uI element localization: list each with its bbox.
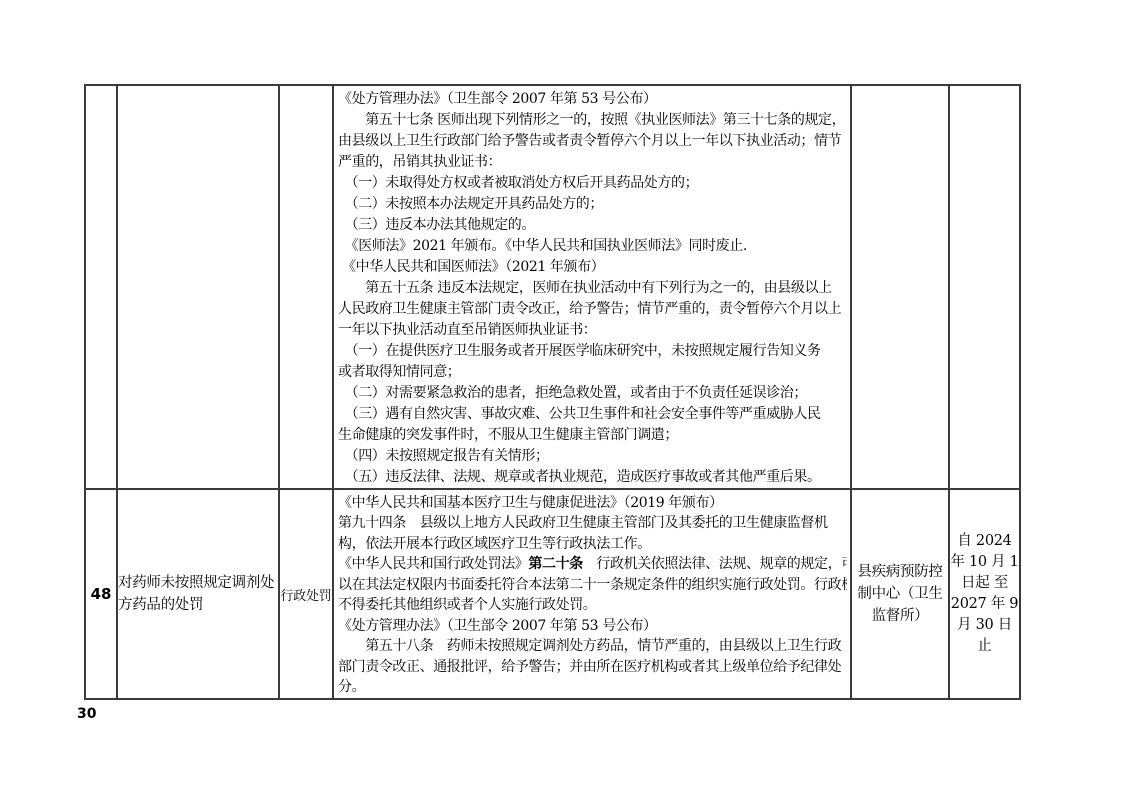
legal-text-line: 严重的，吊销其执业证书：	[338, 152, 847, 173]
cell-agency: 县疾病预防控制中心（卫生监督所）	[851, 489, 949, 699]
cell-legal-basis: 《处方管理办法》（卫生部令 2007 年第 53 号公布） 第五十七条 医师出现…	[333, 85, 851, 489]
legal-text-line: 《中华人民共和国基本医疗卫生与健康促进法》（2019 年颁布）	[338, 493, 847, 514]
cell-item-name: 对药师未按照规定调剂处方药品的处罚	[117, 489, 279, 699]
legal-text-line: 以在其法定权限内书面委托符合本法第二十一条规定条件的组织实施行政处罚。行政机关	[338, 575, 847, 596]
legal-text-line: 不得委托其他组织或者个人实施行政处罚。	[338, 595, 847, 616]
legal-text-line: 人民政府卫生健康主管部门责令改正，给予警告；情节严重的，责令暂停六个月以上	[338, 299, 847, 320]
cell-period	[949, 85, 1020, 489]
legal-text-line: 生命健康的突发事件时，不服从卫生健康主管部门调遣；	[338, 425, 847, 446]
legal-text-line: 《中华人民共和国行政处罚法》第二十条 行政机关依照法律、法规、规章的规定，可	[338, 554, 847, 575]
legal-text-line: 《医师法》2021 年颁布。《中华人民共和国执业医师法》同时废止.	[338, 236, 847, 257]
table-row-continuation: 《处方管理办法》（卫生部令 2007 年第 53 号公布） 第五十七条 医师出现…	[85, 85, 1020, 489]
cell-legal-basis: 《中华人民共和国基本医疗卫生与健康促进法》（2019 年颁布）第九十四条 县级以…	[333, 489, 851, 699]
legal-text-line: 或者取得知情同意；	[338, 362, 847, 383]
legal-text-line: （一）未取得处方权或者被取消处方权后开具药品处方的；	[338, 173, 847, 194]
legal-text-line: 《处方管理办法》（卫生部令 2007 年第 53 号公布）	[338, 616, 847, 637]
legal-text-line: （四）未按照规定报告有关情形；	[338, 446, 847, 467]
legal-text-line: 《处方管理办法》（卫生部令 2007 年第 53 号公布）	[338, 89, 847, 110]
legal-text-line: 一年以下执业活动直至吊销医师执业证书：	[338, 320, 847, 341]
page-number: 30	[77, 706, 96, 722]
regulation-table: 《处方管理办法》（卫生部令 2007 年第 53 号公布） 第五十七条 医师出现…	[84, 84, 1021, 700]
cell-penalty-type: 行政处罚	[279, 489, 333, 699]
legal-text-line: （二）未按照本办法规定开具药品处方的；	[338, 194, 847, 215]
cell-period: 自 2024 年 10 月 1 日起 至 2027 年 9 月 30 日止	[949, 489, 1020, 699]
cell-item-name	[117, 85, 279, 489]
cell-penalty-type	[279, 85, 333, 489]
legal-text-line: 第五十八条 药师未按照规定调剂处方药品，情节严重的，由县级以上卫生行政	[338, 636, 847, 657]
legal-text-line: （三）违反本办法其他规定的。	[338, 215, 847, 236]
cell-agency	[851, 85, 949, 489]
document-page: 《处方管理办法》（卫生部令 2007 年第 53 号公布） 第五十七条 医师出现…	[0, 0, 1122, 793]
legal-text-line: 分。	[338, 677, 847, 698]
legal-text-line: 第五十五条 违反本法规定，医师在执业活动中有下列行为之一的，由县级以上	[338, 278, 847, 299]
cell-index	[85, 85, 117, 489]
legal-text-line: 《中华人民共和国医师法》（2021 年颁布）	[338, 257, 847, 278]
cell-index: 48	[85, 489, 117, 699]
legal-text-line: （一）在提供医疗卫生服务或者开展医学临床研究中，未按照规定履行告知义务	[338, 341, 847, 362]
legal-text-line: 构，依法开展本行政区域医疗卫生等行政执法工作。	[338, 534, 847, 555]
legal-basis-text: 《处方管理办法》（卫生部令 2007 年第 53 号公布） 第五十七条 医师出现…	[334, 87, 850, 488]
legal-text-line: 第五十七条 医师出现下列情形之一的，按照《执业医师法》第三十七条的规定，	[338, 110, 847, 131]
legal-text-line: 由县级以上卫生行政部门给予警告或者责令暂停六个月以上一年以下执业活动；情节	[338, 131, 847, 152]
legal-text-line: （五）违反法律、法规、规章或者执业规范，造成医疗事故或者其他严重后果。	[338, 467, 847, 488]
legal-text-line: （三）遇有自然灾害、事故灾难、公共卫生事件和社会安全事件等严重威胁人民	[338, 404, 847, 425]
legal-text-line: 部门责令改正、通报批评，给予警告；并由所在医疗机构或者其上级单位给予纪律处	[338, 657, 847, 678]
legal-text-line: 第九十四条 县级以上地方人民政府卫生健康主管部门及其委托的卫生健康监督机	[338, 513, 847, 534]
table-row-48: 48 对药师未按照规定调剂处方药品的处罚 行政处罚 《中华人民共和国基本医疗卫生…	[85, 489, 1020, 699]
legal-basis-text: 《中华人民共和国基本医疗卫生与健康促进法》（2019 年颁布）第九十四条 县级以…	[334, 491, 850, 698]
legal-text-line: （二）对需要紧急救治的患者，拒绝急救处置，或者由于不负责任延误诊治；	[338, 383, 847, 404]
